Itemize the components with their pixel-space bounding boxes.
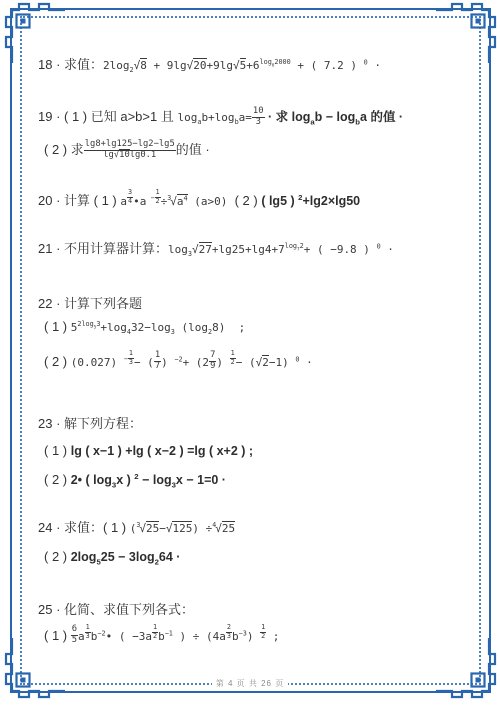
formula-segment: · 求 logab − logba 的值 · bbox=[265, 110, 404, 124]
problem-20: 20 · 计算 ( 1 ) a34•a −12÷3√a4 (a>0) ( 2 )… bbox=[38, 190, 360, 210]
formula-segment: 的值 · bbox=[176, 142, 210, 157]
formula-segment: ( 2 ) bbox=[227, 193, 261, 208]
formula-segment: ( 1 ) bbox=[44, 319, 71, 334]
problem-24-part-1: 24 · 求值：( 1 ) (3√25−√125) ÷4√25 bbox=[38, 517, 235, 537]
problem-22-part-2: ( 2 ) (0.027) −13− (17) −2+ (279) 12− (√… bbox=[44, 351, 313, 373]
problem-18: 18 · 求值：2log2√8 + 9lg√20+9lg√5+6log62000… bbox=[38, 54, 381, 74]
formula-segment: 19 · ( 1 ) 已知 a>b>1 且 bbox=[38, 109, 177, 124]
formula-segment: logab+logba=103 bbox=[177, 111, 264, 124]
problem-23-part-1: ( 1 ) lg ( x−1 ) +lg ( x−2 ) =lg ( x+2 )… bbox=[44, 442, 253, 460]
formula-segment: 21 · 不用计算器计算： bbox=[38, 241, 168, 256]
formula-segment: 18 · 求值： bbox=[38, 57, 103, 72]
formula-segment: 52log53+log432−log3 (log28) ; bbox=[71, 321, 246, 334]
formula-segment: lg ( x−1 ) +lg ( x−2 ) =lg ( x+2 ) ; bbox=[71, 444, 253, 458]
problem-21: 21 · 不用计算器计算：log3√27+lg25+lg4+7log72+ ( … bbox=[38, 238, 394, 258]
problem-25-part-1: ( 1 ) 65a13b−2• ( −3a12b−1 ) ÷ (4a23b−3)… bbox=[44, 625, 279, 647]
formula-segment: lg8+lg125−lg2−lg5lg√10lg0.1 bbox=[84, 144, 176, 157]
problem-22-part-1: ( 1 ) 52log53+log432−log3 (log28) ; bbox=[44, 318, 245, 336]
problem-19-part-1: 19 · ( 1 ) 已知 a>b>1 且 logab+logba=103 · … bbox=[38, 106, 403, 128]
formula-segment: ( 2 ) 求 bbox=[44, 142, 84, 157]
formula-segment: ( 1 ) bbox=[44, 443, 71, 458]
problem-19-part-2: ( 2 ) 求lg8+lg125−lg2−lg5lg√10lg0.1的值 · bbox=[44, 139, 210, 161]
problem-23-part-2: ( 2 ) 2• ( log3x ) 2 − log3x − 1=0 · bbox=[44, 471, 226, 489]
formula-segment: ( 2 ) bbox=[44, 354, 71, 369]
formula-segment: (3√25−√125) ÷4√25 bbox=[130, 521, 235, 535]
formula-segment: 2log2√8 + 9lg√20+9lg√5+6log62000 + ( 7.2… bbox=[103, 59, 381, 72]
formula-segment: 24 · 求值：( 1 ) bbox=[38, 520, 130, 535]
formula-segment: log3√27+lg25+lg4+7log72+ ( −9.8 ) 0 · bbox=[168, 243, 394, 256]
formula-segment: ( 2 ) bbox=[44, 472, 71, 487]
problem-23-title: 23 · 解下列方程： bbox=[38, 413, 142, 433]
formula-segment: ( 1 ) bbox=[44, 628, 71, 643]
formula-segment: (0.027) −13− (17) −2+ (279) 12− (√2−1) 0… bbox=[71, 356, 313, 369]
formula-segment: a34•a −12÷3√a4 (a>0) bbox=[120, 195, 227, 208]
page-number-label: 第 4 页 共 26 页 bbox=[212, 679, 288, 688]
formula-segment: 2log525 − 3log264 · bbox=[71, 550, 181, 564]
greek-key-corner-icon bbox=[436, 1, 498, 63]
formula-segment: ( lg5 ) 2+lg2×lg50 bbox=[261, 194, 360, 208]
problem-22-title: 22 · 计算下列各题 bbox=[38, 293, 142, 313]
formula-segment: 20 · 计算 ( 1 ) bbox=[38, 193, 120, 208]
formula-segment: 22 · 计算下列各题 bbox=[38, 296, 142, 311]
problem-25-title: 25 · 化简、求值下列各式： bbox=[38, 599, 194, 619]
formula-segment: ( 2 ) bbox=[44, 549, 71, 564]
formula-segment: 23 · 解下列方程： bbox=[38, 416, 142, 431]
formula-segment: 65a13b−2• ( −3a12b−1 ) ÷ (4a23b−3) 12 ; bbox=[71, 630, 280, 643]
formula-segment: 2• ( log3x ) 2 − log3x − 1=0 · bbox=[71, 473, 226, 487]
formula-segment: 25 · 化简、求值下列各式： bbox=[38, 602, 194, 617]
page-footer: 第 4 页 共 26 页 bbox=[0, 673, 500, 691]
problem-24-part-2: ( 2 ) 2log525 − 3log264 · bbox=[44, 548, 180, 566]
